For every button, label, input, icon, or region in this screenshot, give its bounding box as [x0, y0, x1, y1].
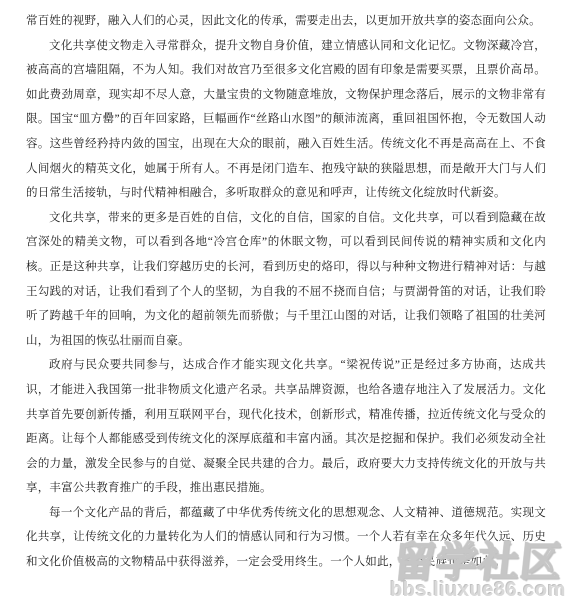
- document-page: { "page": { "background_color": "#ffffff…: [0, 0, 571, 607]
- page: 常百姓的视野，融入人们的心灵，因此文化的传承，需要走出去，以更加开放共享的姿态面…: [0, 0, 571, 607]
- paragraph-continued: 常百姓的视野，融入人们的心灵，因此文化的传承，需要走出去，以更加开放共享的姿态面…: [26, 9, 546, 34]
- paragraph: 文化共享使文物走入寻常群众，提升文物自身价值，建立情感认同和文化记忆。文物深藏冷…: [26, 34, 546, 206]
- watermark-site-url: bbs.liuxue86.com: [385, 580, 571, 601]
- paragraph: 每一个文化产品的背后，都蕴藏了中华优秀传统文化的思想观念、人文精神、道德规范。实…: [26, 501, 546, 575]
- paragraph: 政府与民众要共同参与，达成合作才能实现文化共享。“梁祝传说”正是经过多方协商，达…: [26, 353, 546, 501]
- essay-body: 常百姓的视野，融入人们的心灵，因此文化的传承，需要走出去，以更加开放共享的姿态面…: [26, 9, 546, 575]
- paragraph: 文化共享，带来的更多是百姓的自信，文化的自信，国家的自信。文化共享，可以看到隐藏…: [26, 206, 546, 354]
